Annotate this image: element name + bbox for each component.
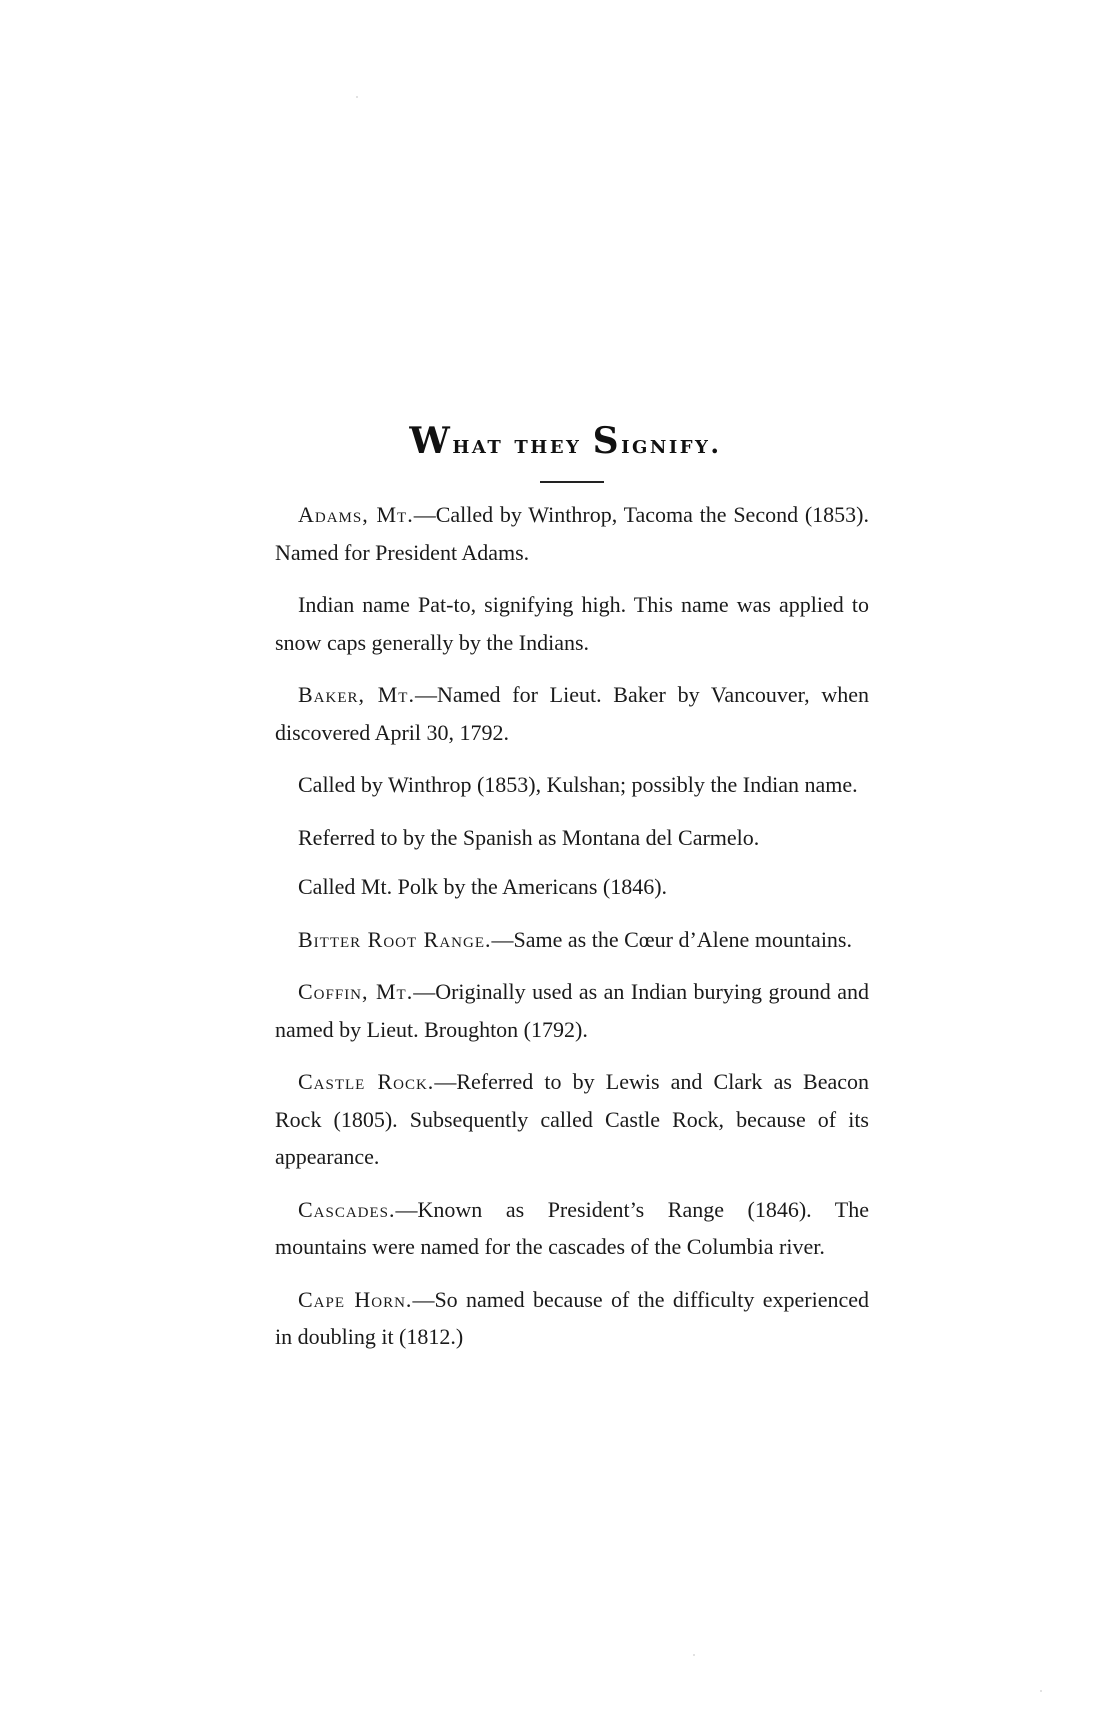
entries-list: Adams, Mt.—Called by Winthrop, Tacoma th… <box>275 496 869 1371</box>
title-word-hat-they: hat they <box>452 430 592 459</box>
title-initial-w: W <box>409 420 452 462</box>
entry-heading: Adams, Mt. <box>298 502 414 527</box>
paper-speck <box>693 1654 695 1656</box>
entry-separator: — <box>414 502 436 527</box>
entry-coffin: Coffin, Mt.—Originally used as an Indian… <box>275 973 869 1048</box>
entry-baker-polk: Called Mt. Polk by the Americans (1846). <box>275 868 869 906</box>
entry-baker: Baker, Mt.—Named for Lieut. Baker by Van… <box>275 676 869 751</box>
entry-heading: Cape Horn. <box>298 1287 412 1312</box>
entry-castle-rock: Castle Rock.—Referred to by Lewis and Cl… <box>275 1063 869 1176</box>
book-page: What they Signify. Adams, Mt.—Called by … <box>0 0 1111 1728</box>
title-word-ignify: ignify. <box>621 430 722 459</box>
entry-adams-indian-name: Indian name Pat-to, signifying high. Thi… <box>275 586 869 661</box>
title-initial-s: S <box>593 420 622 462</box>
page-title: What they Signify. <box>0 420 1111 462</box>
entry-baker-spanish: Referred to by the Spanish as Montana de… <box>275 819 869 857</box>
entry-separator: — <box>412 1287 434 1312</box>
paper-speck <box>356 96 358 98</box>
entry-separator: — <box>434 1069 456 1094</box>
entry-baker-kulshan: Called by Winthrop (1853), Kulshan; poss… <box>275 766 869 804</box>
entry-adams: Adams, Mt.—Called by Winthrop, Tacoma th… <box>275 496 869 571</box>
entry-heading: Coffin, Mt. <box>298 979 413 1004</box>
entry-text: Referred to by the Spanish as Montana de… <box>298 825 759 850</box>
entry-text: Called Mt. Polk by the Americans (1846). <box>298 874 667 899</box>
entry-heading: Cascades. <box>298 1197 396 1222</box>
entry-cascades: Cascades.—Known as President’s Range (18… <box>275 1191 869 1266</box>
entry-bitter-root-range: Bitter Root Range.—Same as the Cœur d’Al… <box>275 921 869 959</box>
entry-separator: — <box>415 682 437 707</box>
entry-separator: — <box>413 979 435 1004</box>
entry-cape-horn: Cape Horn.—So named because of the diffi… <box>275 1281 869 1356</box>
paper-speck <box>1040 1690 1042 1692</box>
entry-heading: Bitter Root Range. <box>298 927 492 952</box>
entry-text: Indian name Pat-to, signifying high. Thi… <box>275 592 869 655</box>
entry-separator: — <box>396 1197 418 1222</box>
entry-heading: Baker, Mt. <box>298 682 415 707</box>
entry-heading: Castle Rock. <box>298 1069 434 1094</box>
title-divider-rule <box>540 481 604 483</box>
entry-separator: — <box>492 927 514 952</box>
entry-text: Called by Winthrop (1853), Kulshan; poss… <box>298 772 858 797</box>
entry-text: Same as the Cœur d’Alene mountains. <box>514 927 853 952</box>
